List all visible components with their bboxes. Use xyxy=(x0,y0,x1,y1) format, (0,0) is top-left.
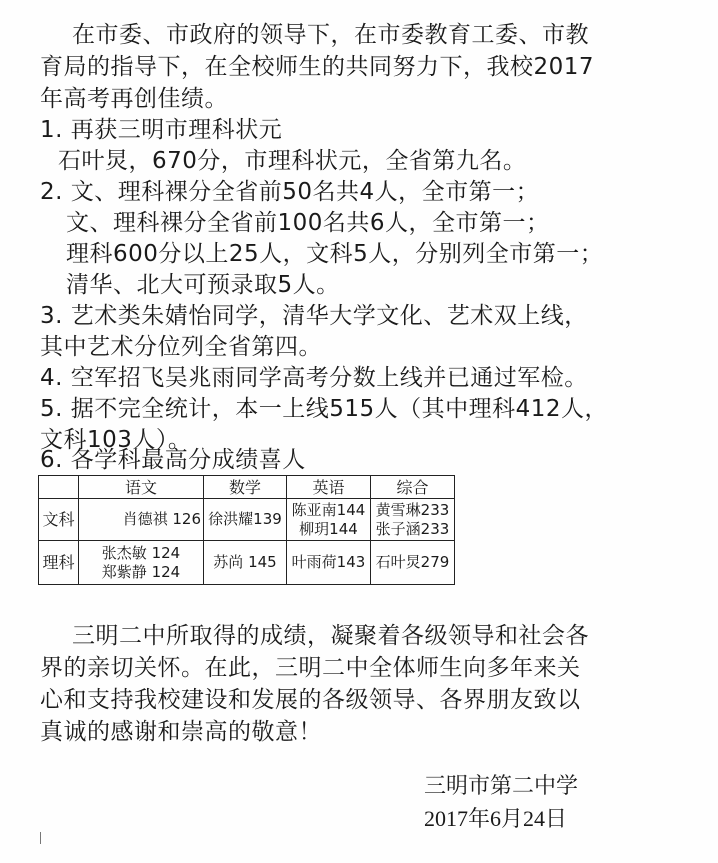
table-row-liberal-arts: 文科 肖德祺 126 徐洪耀139 陈亚南144 柳玥144 黄雪琳233 张子… xyxy=(39,499,455,541)
table-cell: 徐洪耀139 xyxy=(204,499,287,541)
item-2-line: 理科600分以上25人，文科5人，分别列全市第一； xyxy=(66,239,603,269)
table-cell: 叶雨荷143 xyxy=(287,541,371,585)
table-cell: 石叶炅279 xyxy=(371,541,455,585)
table-header-math: 数学 xyxy=(204,476,287,499)
item-2-line: 清华、北大可预录取5人。 xyxy=(66,270,340,300)
table-header-english: 英语 xyxy=(287,476,371,499)
cell-entry: 柳玥144 xyxy=(289,520,368,539)
top-scores-table: 语文 数学 英语 综合 文科 肖德祺 126 徐洪耀139 陈亚南144 柳玥1… xyxy=(38,475,455,585)
cell-entry: 张子涵233 xyxy=(373,520,452,539)
closing-line: 界的亲切关怀。在此，三明二中全体师生向多年来关 xyxy=(40,653,581,683)
table-cell: 张杰敏 124 郑紫静 124 xyxy=(79,541,204,585)
table-cell: 黄雪琳233 张子涵233 xyxy=(371,499,455,541)
page-mark xyxy=(40,832,41,844)
cell-entry: 黄雪琳233 xyxy=(373,501,452,520)
intro-line: 在市委、市政府的领导下，在市委教育工委、市教 xyxy=(72,20,589,50)
item-2-line: 2. 文、理科裸分全省前50名共4人，全市第一； xyxy=(40,177,539,207)
row-label: 文科 xyxy=(39,499,79,541)
cell-entry: 徐洪耀139 xyxy=(206,510,284,529)
item-6-heading: 6. 各学科最高分成绩喜人 xyxy=(40,445,306,475)
item-3-line: 其中艺术分位列全省第四。 xyxy=(40,332,322,362)
table-cell: 肖德祺 126 xyxy=(79,499,204,541)
cell-entry: 肖德祺 126 xyxy=(81,510,201,529)
item-4-line: 4. 空军招飞吴兆雨同学高考分数上线并已通过军检。 xyxy=(40,363,588,393)
table-header-comprehensive: 综合 xyxy=(371,476,455,499)
row-label: 理科 xyxy=(39,541,79,585)
signature-date: 2017年6月24日 xyxy=(424,805,567,833)
closing-line: 三明二中所取得的成绩，凝聚着各级领导和社会各 xyxy=(72,621,589,651)
cell-entry: 石叶炅279 xyxy=(373,553,452,572)
closing-line: 真诚的感谢和崇高的敬意！ xyxy=(40,717,322,747)
cell-entry: 叶雨荷143 xyxy=(289,553,368,572)
item-3-line: 3. 艺术类朱婧怡同学，清华大学文化、艺术双上线， xyxy=(40,301,588,331)
table-header-row: 语文 数学 英语 综合 xyxy=(39,476,455,499)
intro-line: 育局的指导下，在全校师生的共同努力下，我校2017 xyxy=(40,52,594,82)
item-1-detail: 石叶炅，670分，市理科状元，全省第九名。 xyxy=(58,146,526,176)
cell-entry: 苏尚 145 xyxy=(206,553,284,572)
closing-line: 心和支持我校建设和发展的各级领导、各界朋友致以 xyxy=(40,685,581,715)
signature-school: 三明市第二中学 xyxy=(424,773,578,801)
cell-entry: 张杰敏 124 xyxy=(81,544,201,563)
intro-line: 年高考再创佳绩。 xyxy=(40,84,228,114)
cell-entry: 陈亚南144 xyxy=(289,501,368,520)
table-row-science: 理科 张杰敏 124 郑紫静 124 苏尚 145 叶雨荷143 石叶炅279 xyxy=(39,541,455,585)
cell-entry: 郑紫静 124 xyxy=(81,563,201,582)
table-cell: 苏尚 145 xyxy=(204,541,287,585)
item-5-line: 5. 据不完全统计，本一上线515人（其中理科412人， xyxy=(40,394,608,424)
table-cell: 陈亚南144 柳玥144 xyxy=(287,499,371,541)
table-header-cell xyxy=(39,476,79,499)
table-header-chinese: 语文 xyxy=(79,476,204,499)
item-1-heading: 1. 再获三明市理科状元 xyxy=(40,115,282,145)
item-2-line: 文、理科裸分全省前100名共6人，全市第一； xyxy=(66,208,550,238)
